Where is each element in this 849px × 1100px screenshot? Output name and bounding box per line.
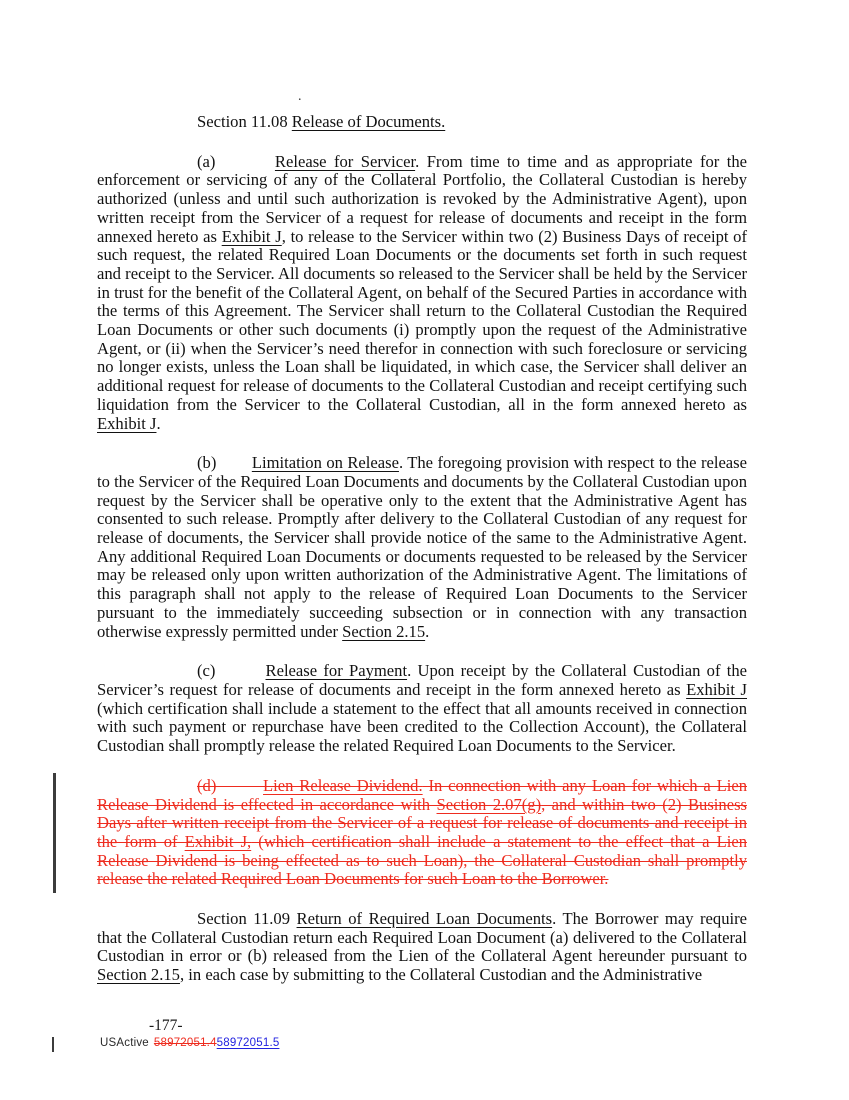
section-11-08-heading-text: Section 11.08 [197,112,292,131]
doc-id-new-inserted: 58972051.5 [217,1037,280,1049]
para-c-release-for-payment-label: (c) [197,661,266,680]
section-11-09-return-of-documents-underlined-ref: Return of Required Loan Documents [297,909,553,928]
para-a-release-for-servicer-text: , to release to the Servicer within two … [97,227,747,414]
para-d-lien-release-dividend-deleted-label: (d) [197,776,263,795]
para-a-release-for-servicer-underlined-ref: Release for Servicer [275,152,415,171]
deleted-paragraph-change-bar [53,773,56,893]
para-b-limitation-on-release-label: (b) [197,453,252,472]
para-a-release-for-servicer-label: (a) [197,152,275,171]
footer-change-bar [52,1037,54,1052]
doc-id-old-deleted: 58972051.4 [154,1037,217,1049]
doc-id-prefix: USActive [100,1037,149,1049]
para-a-release-for-servicer: (a) Release for Servicer. From time to t… [97,153,747,434]
section-11-09-return-of-documents-text: , in each case by submitting to the Coll… [180,965,702,984]
para-b-limitation-on-release-underlined-ref: Limitation on Release [252,453,399,472]
para-d-lien-release-dividend-deleted: (d) Lien Release Dividend. In connection… [97,777,747,889]
section-11-08-heading-underlined-ref: Release of Documents. [292,112,445,131]
para-d-lien-release-dividend-deleted-underlined-ref: Section 2.07(g) [437,795,542,814]
document-id-footer: USActive58972051.458972051.5 [100,1037,279,1049]
para-c-release-for-payment: (c) Release for Payment. Upon receipt by… [97,662,747,756]
para-b-limitation-on-release-text: . The foregoing provision with respect t… [97,453,747,640]
section-11-09-return-of-documents-text: Section 11.09 [197,909,297,928]
document-page: . Section 11.08 Release of Documents.(a)… [0,0,849,1100]
section-11-09-return-of-documents-underlined-ref: Section 2.15 [97,965,180,984]
para-a-release-for-servicer-underlined-ref: Exhibit J [97,414,156,433]
para-c-release-for-payment-underlined-ref: Release for Payment [266,661,408,680]
para-c-release-for-payment-text: (which certification shall include a sta… [97,699,747,755]
para-b-limitation-on-release-underlined-ref: Section 2.15 [342,622,425,641]
para-a-release-for-servicer-text: . [156,414,160,433]
para-b-limitation-on-release: (b) Limitation on Release. The foregoing… [97,454,747,641]
section-11-08-heading: Section 11.08 Release of Documents. [97,113,747,132]
section-11-09-return-of-documents: Section 11.09 Return of Required Loan Do… [97,910,747,985]
para-c-release-for-payment-text: . Upon receipt by the Collateral Custodi… [97,661,747,699]
page-number: -177- [149,1017,183,1035]
para-d-lien-release-dividend-deleted-underlined-ref: Lien Release Dividend. [263,776,423,795]
para-b-limitation-on-release-text: . [425,622,429,641]
para-c-release-for-payment-underlined-ref: Exhibit J [686,680,747,699]
document-body: Section 11.08 Release of Documents.(a) R… [97,0,747,985]
para-d-lien-release-dividend-deleted-underlined-ref: Exhibit J, [185,832,252,851]
para-a-release-for-servicer-underlined-ref: Exhibit J [222,227,282,246]
